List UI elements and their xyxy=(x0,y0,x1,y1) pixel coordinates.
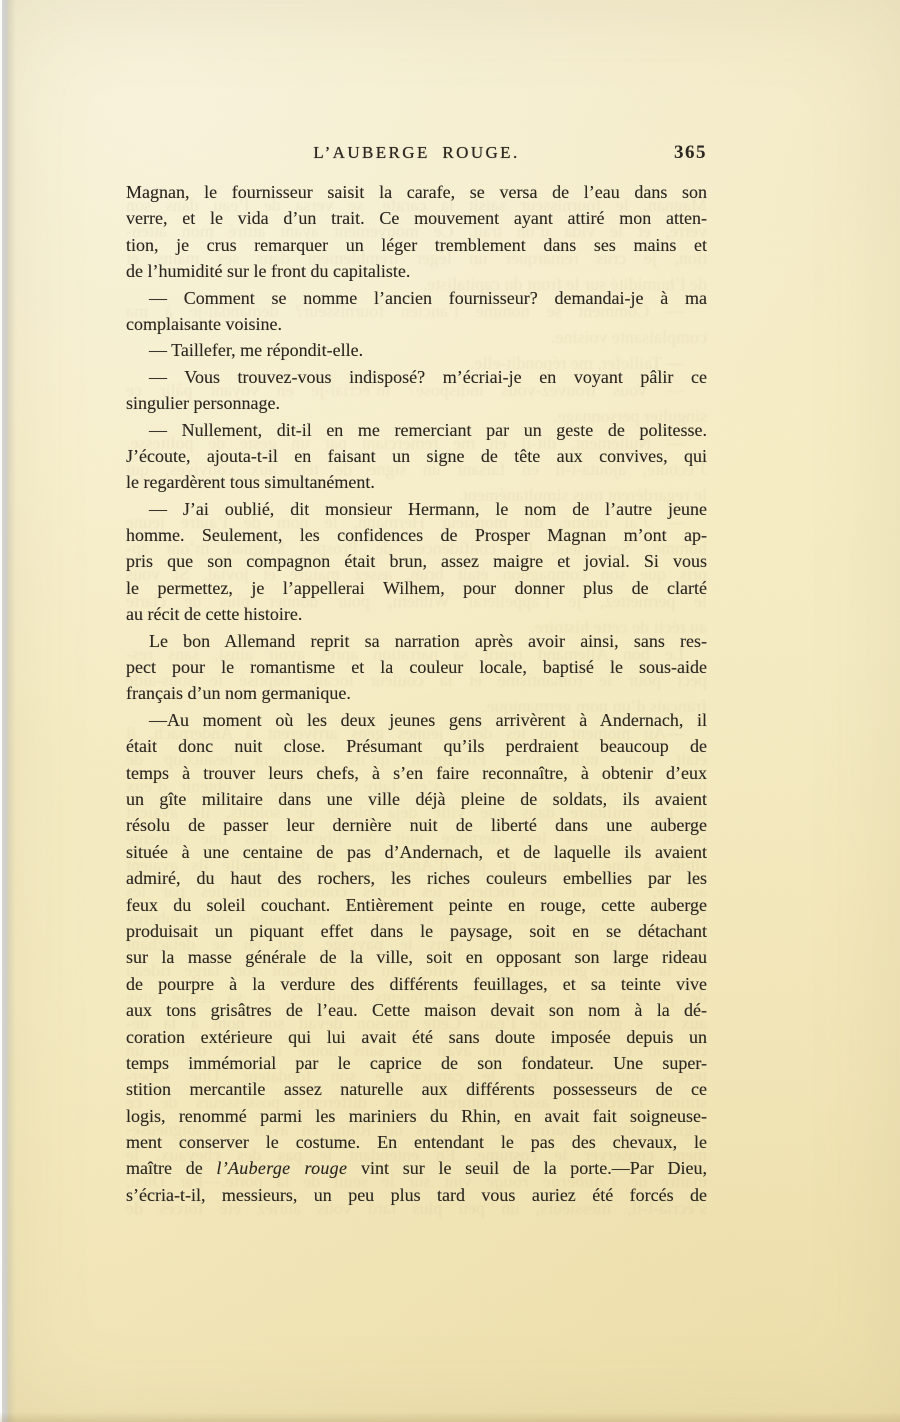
text-line: admiré, du haut des rochers, les riches … xyxy=(126,865,707,891)
text-line: sur la masse générale de la ville, soit … xyxy=(126,944,707,970)
text-line: homme. Seulement, les confidences de Pro… xyxy=(126,522,707,548)
text-line: Magnan, le fournisseur saisit la carafe,… xyxy=(126,179,707,205)
page-header: L’AUBERGE ROUGE. 365 xyxy=(126,142,707,166)
text-line: temps immémorial par le caprice de son f… xyxy=(126,1050,707,1076)
text-line: Le bon Allemand reprit sa narration aprè… xyxy=(126,628,707,654)
text-line: produisait un piquant effet dans le pays… xyxy=(126,918,707,944)
text-line: maître de l’Auberge rouge vint sur le se… xyxy=(126,1155,707,1181)
italic-phrase: l’Auberge rouge xyxy=(216,1158,347,1178)
text-line: temps à trouver leurs chefs, à s’en fair… xyxy=(126,760,707,786)
text-line: ment conserver le costume. En entendant … xyxy=(126,1129,707,1155)
page-number: 365 xyxy=(674,142,707,164)
text-line: tion, je crus remarquer un léger tremble… xyxy=(126,232,707,258)
text-line: —Au moment où les deux jeunes gens arriv… xyxy=(126,707,707,733)
text-line: résolu de passer leur dernière nuit de l… xyxy=(126,812,707,838)
text-segment: maître de xyxy=(126,1158,216,1178)
text-line: s’écria-t-il, messieurs, un peu plus tar… xyxy=(126,1182,707,1208)
text-segment: vint sur le seuil de la porte.—Par Dieu, xyxy=(347,1158,707,1178)
text-line: aux tons grisâtres de l’eau. Cette maiso… xyxy=(126,997,707,1023)
text-line: le permettez, je l’appellerai Wilhem, po… xyxy=(126,575,707,601)
scan-edge-bottom xyxy=(0,1412,900,1422)
text-line: le regardèrent tous simultanément. xyxy=(126,469,707,495)
text-line: français d’un nom germanique. xyxy=(126,680,707,706)
text-line: — Nullement, dit-il en me remerciant par… xyxy=(126,417,707,443)
text-line: J’écoute, ajouta-t-il en faisant un sign… xyxy=(126,443,707,469)
text-line: singulier personnage. xyxy=(126,390,707,416)
text-line: de pourpre à la verdure des différents f… xyxy=(126,971,707,997)
text-line: feux du soleil couchant. Entièrement pei… xyxy=(126,892,707,918)
text-line: stition mercantile assez naturelle aux d… xyxy=(126,1076,707,1102)
text-line: pect pour le romantisme et la couleur lo… xyxy=(126,654,707,680)
text-line: coration extérieure qui lui avait été sa… xyxy=(126,1024,707,1050)
text-line: pris que son compagnon était brun, assez… xyxy=(126,548,707,574)
body-text: Magnan, le fournisseur saisit la carafe,… xyxy=(126,179,707,1208)
text-line: au récit de cette histoire. xyxy=(126,601,707,627)
running-title: L’AUBERGE ROUGE. xyxy=(313,143,519,163)
text-line: complaisante voisine. xyxy=(126,311,707,337)
text-line: logis, renommé parmi les mariniers du Rh… xyxy=(126,1103,707,1129)
book-page-scan: Magnan, le fournisseur saisit la carafe,… xyxy=(0,0,900,1422)
text-line: — Taillefer, me répondit-elle. xyxy=(126,337,707,363)
text-line: — Comment se nomme l’ancien fournisseur?… xyxy=(126,285,707,311)
text-line: — J’ai oublié, dit monsieur Hermann, le … xyxy=(126,496,707,522)
text-line: un gîte militaire dans une ville déjà pl… xyxy=(126,786,707,812)
scan-edge-left xyxy=(0,0,16,1422)
text-line: située à une centaine de pas d’Andernach… xyxy=(126,839,707,865)
text-line: était donc nuit close. Présumant qu’ils … xyxy=(126,733,707,759)
text-line: de l’humidité sur le front du capitalist… xyxy=(126,258,707,284)
text-line: verre, et le vida d’un trait. Ce mouveme… xyxy=(126,205,707,231)
text-line: — Vous trouvez-vous indisposé? m’écriai-… xyxy=(126,364,707,390)
